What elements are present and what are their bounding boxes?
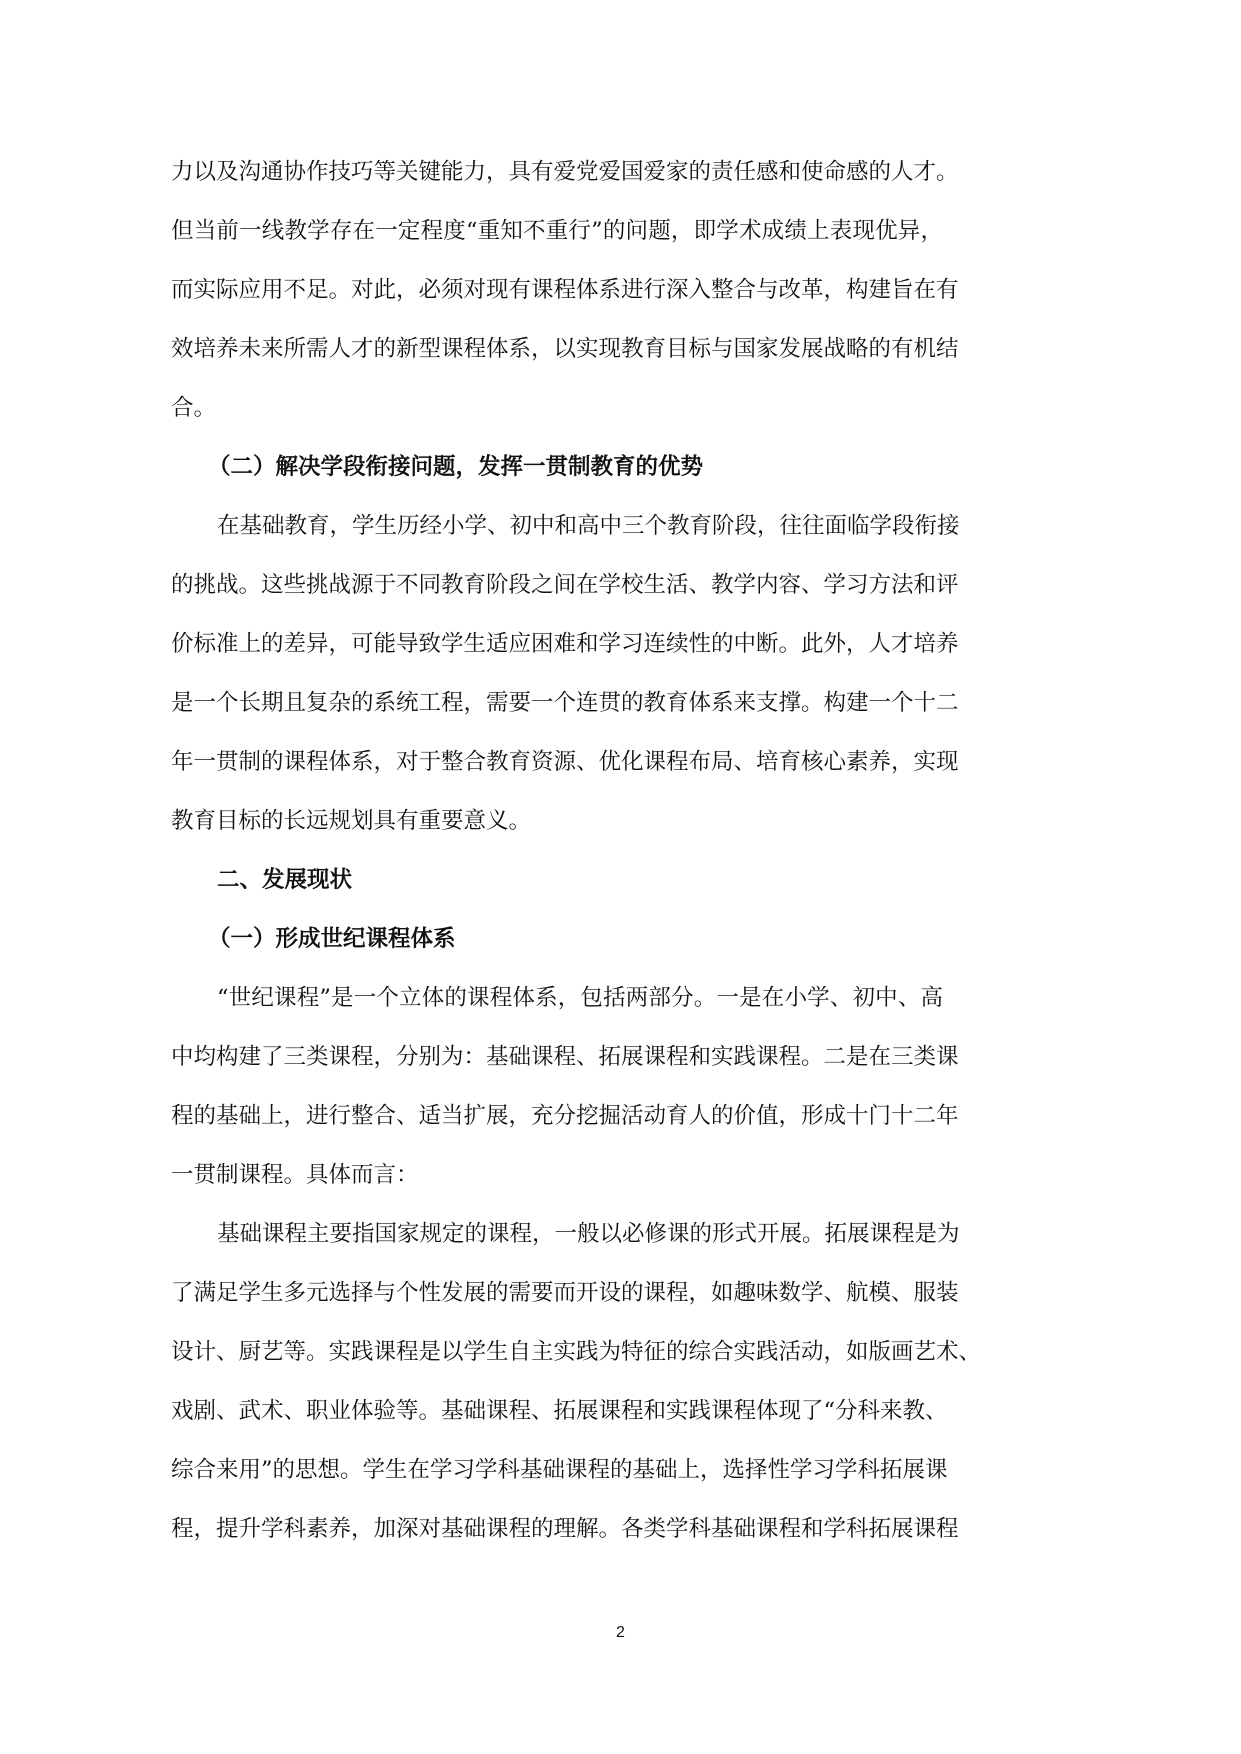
paragraph-line: 在基础教育，学生历经小学、初中和高中三个教育阶段，往往面临学段衔接 [217,511,943,541]
section-heading: （二）解决学段衔接问题，发挥一贯制教育的优势 [208,452,703,482]
paragraph-line: 设计、厨艺等。实践课程是以学生自主实践为特征的综合实践活动，如版画艺术、 [171,1337,943,1367]
paragraph-line: 合。 [171,393,943,423]
paragraph-line: 力以及沟通协作技巧等关键能力，具有爱党爱国爱家的责任感和使命感的人才。 [171,157,943,187]
paragraph-line: 基础课程主要指国家规定的课程，一般以必修课的形式开展。拓展课程是为 [217,1219,943,1249]
paragraph-line: 年一贯制的课程体系，对于整合教育资源、优化课程布局、培育核心素养，实现 [171,747,943,777]
chapter-heading: 二、发展现状 [217,865,352,895]
paragraph-line: 了满足学生多元选择与个性发展的需要而开设的课程，如趣味数学、航模、服装 [171,1278,943,1308]
paragraph-line: 戏剧、武术、职业体验等。基础课程、拓展课程和实践课程体现了“分科来教、 [171,1396,943,1426]
paragraph-line: 效培养未来所需人才的新型课程体系，以实现教育目标与国家发展战略的有机结 [171,334,943,364]
paragraph-line: 的挑战。这些挑战源于不同教育阶段之间在学校生活、教学内容、学习方法和评 [171,570,943,600]
section-heading: （一）形成世纪课程体系 [208,924,456,954]
paragraph-line: “世纪课程”是一个立体的课程体系，包括两部分。一是在小学、初中、高 [217,983,943,1013]
page-number: 2 [0,1624,1241,1642]
paragraph-line: 一贯制课程。具体而言： [171,1160,943,1190]
paragraph-line: 但当前一线教学存在一定程度“重知不重行”的问题，即学术成绩上表现优异， [171,216,943,246]
paragraph-line: 程的基础上，进行整合、适当扩展，充分挖掘活动育人的价值，形成十门十二年 [171,1101,943,1131]
paragraph-line: 中均构建了三类课程，分别为：基础课程、拓展课程和实践课程。二是在三类课 [171,1042,943,1072]
paragraph-line: 综合来用”的思想。学生在学习学科基础课程的基础上，选择性学习学科拓展课 [171,1455,943,1485]
paragraph-line: 是一个长期且复杂的系统工程，需要一个连贯的教育体系来支撑。构建一个十二 [171,688,943,718]
document-page: 力以及沟通协作技巧等关键能力，具有爱党爱国爱家的责任感和使命感的人才。 但当前一… [0,0,1241,1754]
paragraph-line: 价标准上的差异，可能导致学生适应困难和学习连续性的中断。此外，人才培养 [171,629,943,659]
paragraph-line: 而实际应用不足。对此，必须对现有课程体系进行深入整合与改革，构建旨在有 [171,275,943,305]
paragraph-line: 教育目标的长远规划具有重要意义。 [171,806,943,836]
paragraph-line: 程，提升学科素养，加深对基础课程的理解。各类学科基础课程和学科拓展课程 [171,1514,943,1544]
